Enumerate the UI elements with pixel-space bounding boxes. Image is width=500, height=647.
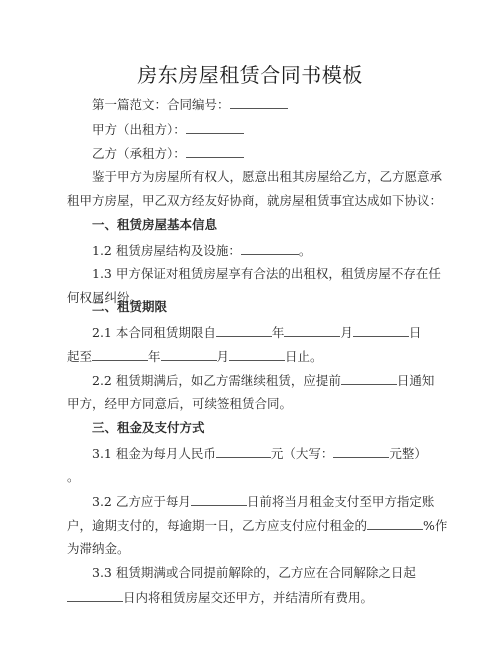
- clause-2-2-text: 2.2 租赁期满后，如乙方需继续租赁，应提前: [92, 373, 341, 388]
- clause-1-2-blank[interactable]: [241, 242, 299, 255]
- day-label: 日: [409, 325, 422, 340]
- year-label: 年: [148, 349, 161, 364]
- contract-number-line: 第一篇范文：合同编号：: [92, 96, 288, 113]
- clause-1-2-text: 1.2 租赁房屋结构及设施：: [92, 243, 241, 258]
- section-3-heading: 三、租金及支付方式: [92, 420, 205, 436]
- late-fee-percent-blank[interactable]: [367, 517, 423, 530]
- rent-capital-label: 元（大写：: [271, 446, 334, 461]
- party-a-label: 甲方（出租方）：: [92, 122, 186, 137]
- late-fee-text: 户，逾期支付的，每逾期一日，乙方应支付应付租金的: [67, 518, 367, 533]
- until-label: 起至: [67, 349, 92, 364]
- clause-3-2-line-2: 户，逾期支付的，每逾期一日，乙方应支付应付租金的%作: [67, 517, 447, 534]
- clause-2-2-line-2: 甲方，经甲方同意后，可续签租赁合同。: [67, 396, 292, 412]
- notice-days-blank[interactable]: [341, 372, 397, 385]
- start-month-blank[interactable]: [284, 324, 340, 337]
- section-2-heading: 二、租赁期限: [92, 299, 167, 315]
- clause-2-1-text: 2.1 本合同租赁期限自: [92, 325, 216, 340]
- notice-label: 日通知: [397, 373, 435, 388]
- contract-number-blank[interactable]: [230, 96, 288, 109]
- clause-1-2-suffix: 。: [299, 243, 312, 258]
- month-label: 月: [217, 349, 230, 364]
- year-label: 年: [272, 325, 285, 340]
- clause-2-1-line-1: 2.1 本合同租赁期限自年月日: [92, 324, 421, 341]
- clause-3-2-text: 3.2 乙方应于每月: [92, 494, 191, 509]
- party-a-line: 甲方（出租方）：: [92, 121, 244, 138]
- rent-suffix: 元整）: [389, 446, 427, 461]
- contract-number-label: 第一篇范文：合同编号：: [92, 97, 230, 112]
- document-title: 房东房屋租赁合同书模板: [0, 59, 500, 88]
- party-b-line: 乙方（承租方）：: [92, 145, 244, 162]
- return-days-blank[interactable]: [67, 589, 123, 602]
- payment-day-blank[interactable]: [191, 493, 247, 506]
- intro-line-2: 租甲方房屋，甲乙双方经友好协商，就房屋租赁事宜达成如下协议：: [67, 193, 442, 209]
- clause-1-2: 1.2 租赁房屋结构及设施：。: [92, 242, 311, 259]
- clause-3-1-line-2: 。: [67, 469, 80, 485]
- percent-label: %作: [423, 518, 447, 533]
- clause-3-1-line-1: 3.1 租金为每月人民币元（大写：元整）: [92, 445, 427, 462]
- clause-3-3-line-2: 日内将租赁房屋交还甲方，并结清所有费用。: [67, 589, 373, 606]
- clause-2-2-line-1: 2.2 租赁期满后，如乙方需继续租赁，应提前日通知: [92, 372, 434, 389]
- party-b-label: 乙方（承租方）：: [92, 146, 186, 161]
- payment-text: 日前将当月租金支付至甲方指定账: [247, 494, 435, 509]
- clause-3-3-line-1: 3.3 租赁期满或合同提前解除的，乙方应在合同解除之日起: [92, 565, 416, 581]
- section-1-heading: 一、租赁房屋基本信息: [92, 217, 217, 233]
- start-day-blank[interactable]: [353, 324, 409, 337]
- party-a-blank[interactable]: [186, 121, 244, 134]
- clause-2-1-line-2: 起至年月日止。: [67, 348, 323, 365]
- end-label: 日止。: [285, 349, 323, 364]
- end-day-blank[interactable]: [229, 348, 285, 361]
- clause-1-3-line-1: 1.3 甲方保证对租赁房屋享有合法的出租权，租赁房屋不存在任: [92, 266, 441, 282]
- clause-3-2-line-1: 3.2 乙方应于每月日前将当月租金支付至甲方指定账: [92, 493, 434, 510]
- rent-amount-blank[interactable]: [216, 445, 271, 458]
- return-text: 日内将租赁房屋交还甲方，并结清所有费用。: [123, 590, 373, 605]
- start-year-blank[interactable]: [216, 324, 272, 337]
- end-month-blank[interactable]: [161, 348, 217, 361]
- end-year-blank[interactable]: [92, 348, 148, 361]
- intro-line-1: 鉴于甲方为房屋所有权人，愿意出租其房屋给乙方，乙方愿意承: [92, 169, 442, 185]
- clause-3-2-line-3: 为滞纳金。: [67, 541, 130, 557]
- clause-3-1-text: 3.1 租金为每月人民币: [92, 446, 216, 461]
- party-b-blank[interactable]: [186, 145, 244, 158]
- rent-capital-blank[interactable]: [333, 445, 389, 458]
- month-label: 月: [340, 325, 353, 340]
